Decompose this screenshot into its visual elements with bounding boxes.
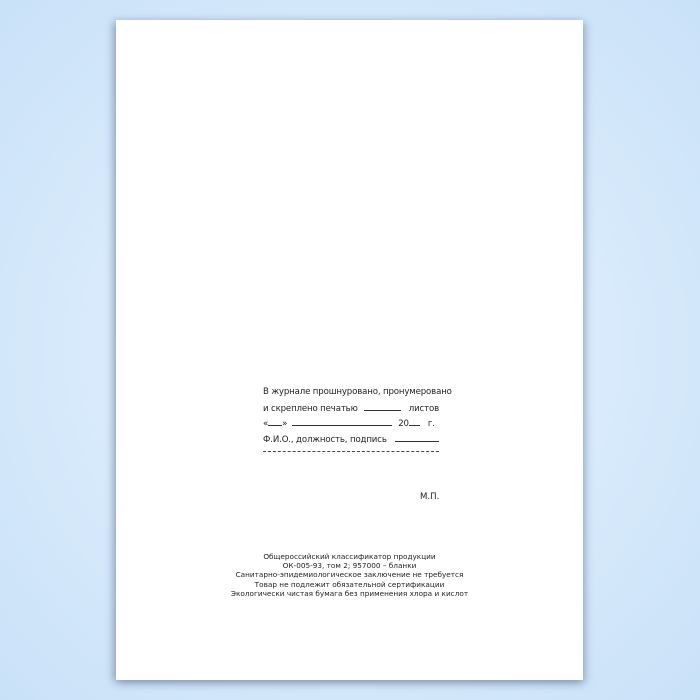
journal-line-4: Ф.И.О., должность, подпись (263, 432, 439, 448)
journal-text-line-1: В журнале прошнуровано, пронумеровано (263, 385, 452, 401)
year-suffix: г. (428, 417, 435, 433)
sealed-label: и скреплено печатью (263, 402, 358, 418)
journal-line-1: В журнале прошнуровано, пронумеровано (263, 385, 439, 401)
year-prefix: 20 (398, 417, 409, 433)
signature-blank (395, 432, 439, 442)
footer-classification: Общероссийский классификатор продукции О… (116, 552, 583, 598)
year-blank (409, 416, 420, 426)
sheets-label: листов (409, 402, 439, 418)
stamp-label: М.П. (420, 492, 439, 502)
quote-close: » (282, 417, 287, 433)
day-blank (268, 416, 282, 426)
dashed-signature-line (263, 451, 439, 452)
footer-line: Товар не подлежит обязательной сертифика… (116, 580, 583, 589)
footer-line: Санитарно-эпидемиологическое заключение … (116, 570, 583, 579)
footer-line: Экологически чистая бумага без применени… (116, 589, 583, 598)
month-blank (292, 416, 392, 426)
footer-line: Общероссийский классификатор продукции (116, 552, 583, 561)
journal-line-3: « » 20 г. (263, 416, 439, 432)
sheets-count-blank (364, 401, 401, 411)
journal-line-2: и скреплено печатью листов (263, 401, 439, 417)
footer-line: ОК-005-93, том 2; 957000 – бланки (116, 561, 583, 570)
journal-certification-block: В журнале прошнуровано, пронумеровано и … (263, 385, 439, 452)
document-page: В журнале прошнуровано, пронумеровано и … (116, 20, 583, 680)
signatory-label: Ф.И.О., должность, подпись (263, 433, 387, 449)
